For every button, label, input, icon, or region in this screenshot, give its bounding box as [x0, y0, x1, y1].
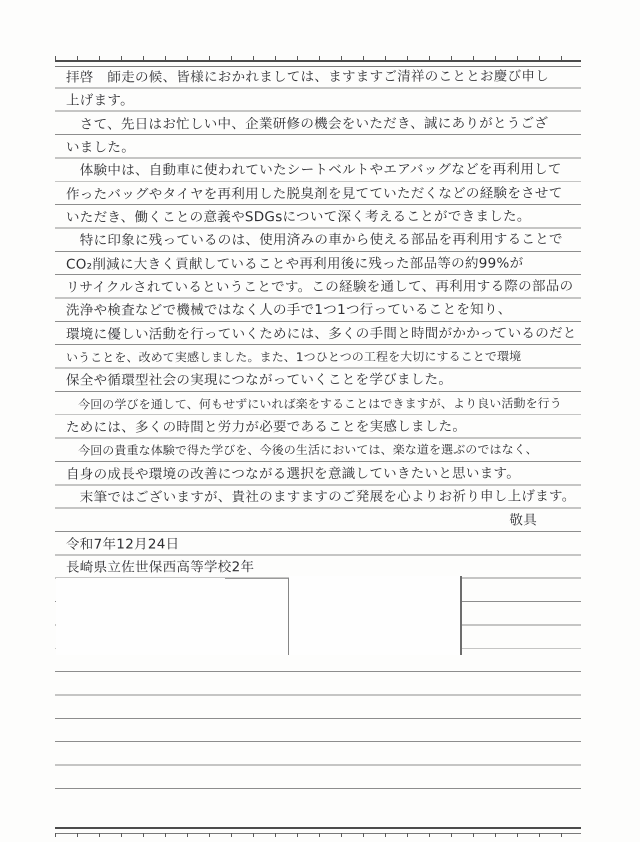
letter-line: 拝啓 師走の候、皆様におかれましては、ますますご清祥のこととお慶び申し	[66, 65, 579, 89]
letter-line: 自身の成長や環境の改善につながる選択を意識していきたいと思います。	[66, 462, 579, 486]
letter-line: リサイクルされているということです。この経験を通して、再利用する際の部品の	[66, 275, 579, 299]
letter-line: いうことを、改めて実感しました。また、1つひとつの工程を大切にすることで環境	[66, 345, 579, 369]
letter-line: 体験中は、自動車に使われていたシートベルトやエアバッグなどを再利用して	[66, 159, 579, 183]
letter-line: 特に印象に残っているのは、使用済みの車から使える部品を再利用することで	[66, 229, 579, 253]
letter-line: ためには、多くの時間と労力が必要であることを実感しました。	[66, 415, 579, 439]
letter-line: いました。	[66, 135, 579, 159]
letter-line: 今回の学びを通して、何もせずにいれば楽をすることはできますが、より良い活動を行う	[66, 392, 579, 416]
bottom-border-ticks	[55, 833, 581, 837]
letter-line: 令和7年12月24日	[66, 532, 579, 556]
letter-line: 敬具	[57, 509, 537, 533]
letter-line: 末筆ではございますが、貴社のますますのご発展を心よりお祈り申し上げます。	[66, 485, 579, 509]
letter-line: 作ったバッグやタイヤを再利用した脱臭剤を見てていただくなどの経験をさせて	[66, 182, 579, 206]
letter-paper: 拝啓 師走の候、皆様におかれましては、ますますご清祥のこととお慶び申し上げます。…	[0, 0, 640, 842]
letter-body: 拝啓 師走の候、皆様におかれましては、ますますご清祥のこととお慶び申し上げます。…	[55, 0, 581, 842]
redaction-slip-top-edge	[225, 578, 288, 579]
letter-line: 洗浄や検査などで機械ではなく人の手で1つ1つ行っていることを知り、	[66, 299, 579, 323]
letter-line: CO₂削減に大きく貢献していることや再利用後に残った部品等の約99%が	[66, 252, 579, 276]
letter-line: さて、先日はお忙しい中、企業研修の機会をいただき、誠にありがとうござ	[66, 112, 579, 136]
letter-line: 環境に優しい活動を行っていくためには、多くの手間と時間がかかっているのだと	[66, 322, 579, 346]
letter-line: 上げます。	[66, 89, 579, 113]
redaction-box-right	[289, 576, 462, 655]
letter-line: 今回の貴重な体験で得た学びを、今後の生活においては、楽な道を選ぶのではなく、	[66, 439, 579, 463]
letter-line: 保全や循環型社会の実現につながっていくことを学びました。	[66, 369, 579, 393]
letter-line: いただき、働くことの意義やSDGsについて深く考えることができました。	[66, 205, 579, 229]
redaction-box-left	[56, 578, 289, 655]
